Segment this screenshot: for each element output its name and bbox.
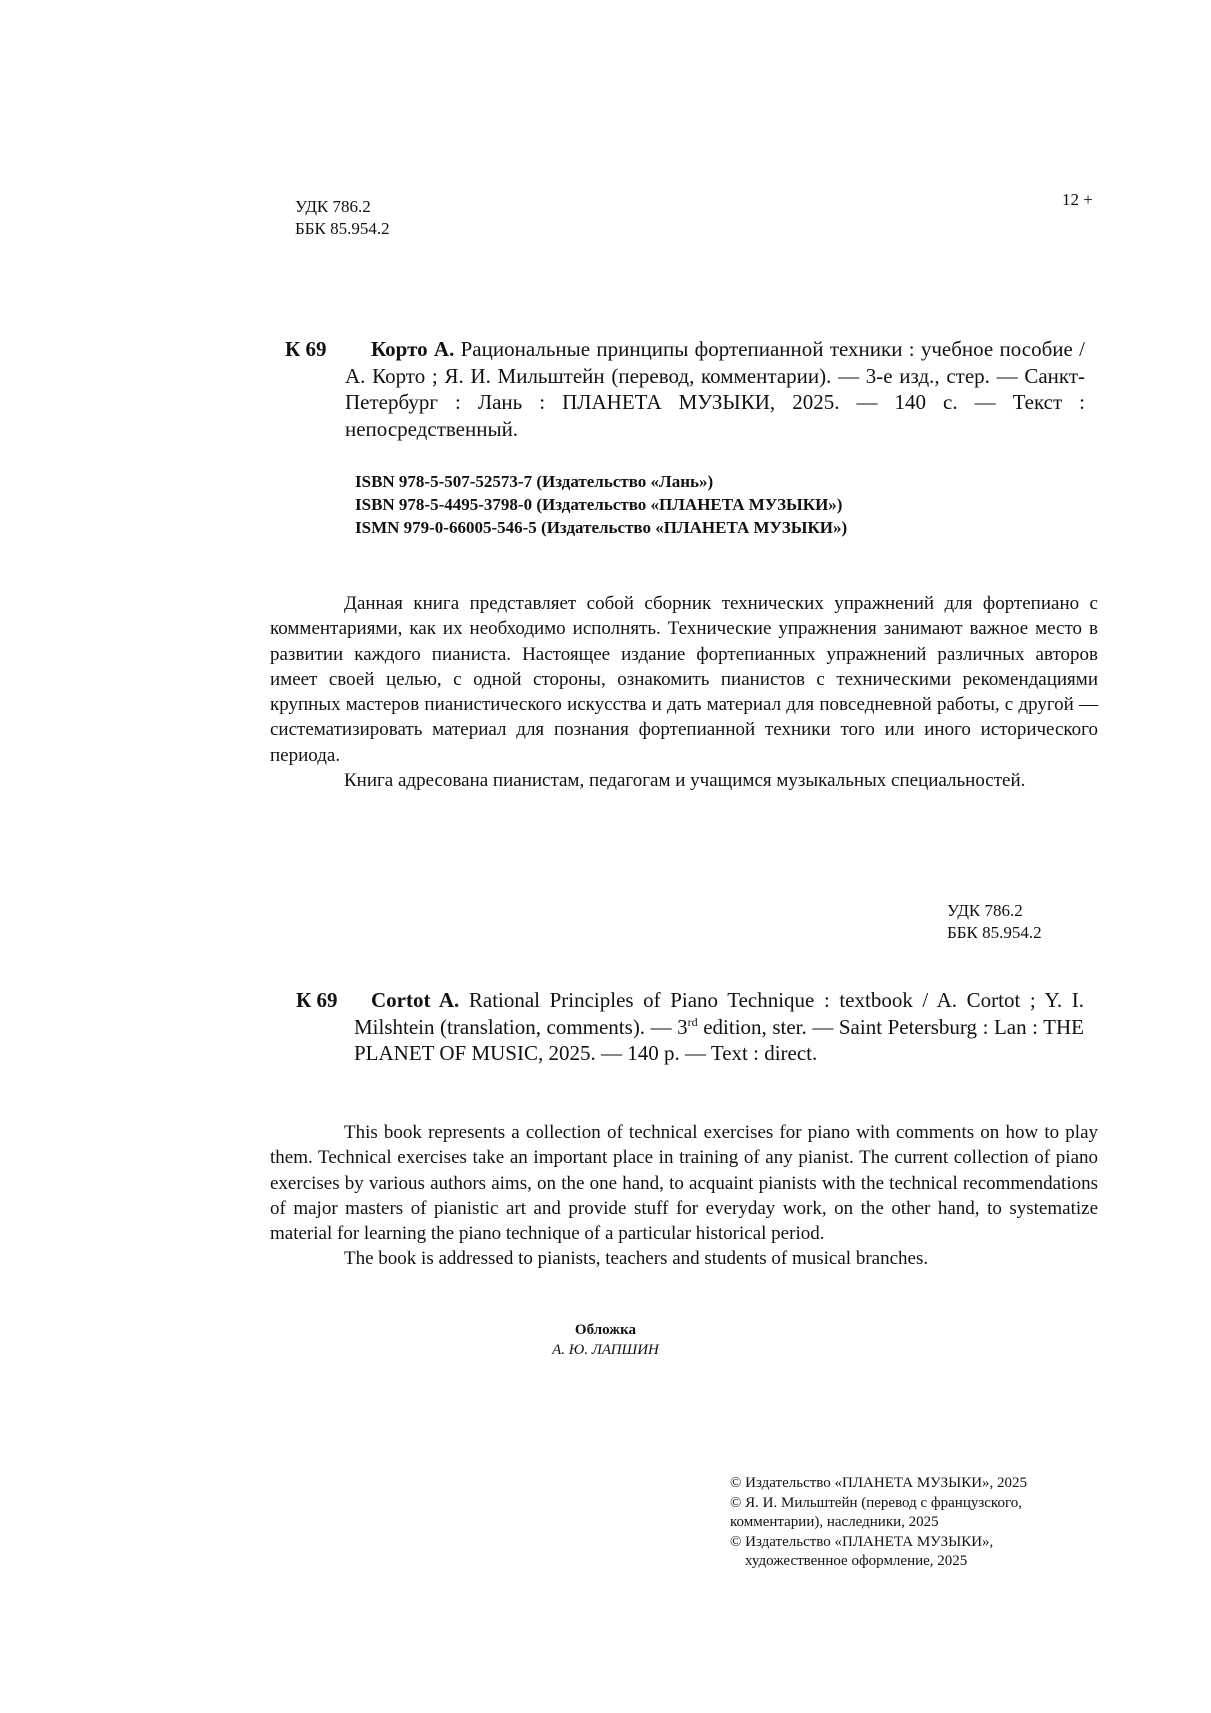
classification-codes-top: УДК 786.2 ББК 85.954.2 (295, 196, 390, 240)
annotation-paragraph: The book is addressed to pianists, teach… (270, 1246, 1098, 1271)
author-name: Корто А. (371, 337, 454, 361)
classification-codes-bottom: УДК 786.2 ББК 85.954.2 (947, 900, 1042, 944)
cover-label: Обложка (0, 1320, 1211, 1340)
annotation-paragraph: This book represents a collection of tec… (270, 1120, 1098, 1246)
isbn-lan: ISBN 978-5-507-52573-7 (Издательство «Ла… (355, 470, 847, 493)
author-mark: К 69 (285, 336, 326, 363)
bibliographic-entry-ru: К 69 Корто А. Рациональные принципы форт… (285, 336, 1085, 442)
annotation-paragraph: Данная книга представляет собой сборник … (270, 591, 1098, 768)
author-name: Cortot A. (371, 988, 459, 1012)
cover-designer: А. Ю. ЛАПШИН (0, 1340, 1211, 1360)
ordinal-suffix: rd (688, 1015, 698, 1029)
annotation-paragraph: Книга адресована пианистам, педагогам и … (270, 768, 1098, 793)
entry-body: Корто А. Рациональные принципы фортепиан… (345, 336, 1085, 442)
entry-body: Cortot A. Rational Principles of Piano T… (354, 987, 1084, 1067)
copyright-line: комментарии), наследники, 2025 (730, 1513, 1027, 1533)
bbk-code: ББК 85.954.2 (947, 922, 1042, 944)
isbn-planet: ISBN 978-5-4495-3798-0 (Издательство «ПЛ… (355, 493, 847, 516)
bbk-code: ББК 85.954.2 (295, 218, 390, 240)
copyright-block: © Издательство «ПЛАНЕТА МУЗЫКИ», 2025 © … (730, 1474, 1027, 1572)
cover-credit: Обложка А. Ю. ЛАПШИН (0, 1320, 1211, 1360)
ismn-planet: ISMN 979-0-66005-546-5 (Издательство «ПЛ… (355, 516, 847, 539)
copyright-line: © Издательство «ПЛАНЕТА МУЗЫКИ», (730, 1533, 1027, 1553)
identifiers-list: ISBN 978-5-507-52573-7 (Издательство «Ла… (355, 470, 847, 539)
age-rating: 12 + (1062, 190, 1093, 210)
udk-code: УДК 786.2 (947, 900, 1042, 922)
entry-text: Рациональные принципы фортепианной техни… (345, 337, 1085, 441)
udk-code: УДК 786.2 (295, 196, 390, 218)
bibliographic-entry-en: К 69 Cortot A. Rational Principles of Pi… (296, 987, 1084, 1067)
annotation-ru: Данная книга представляет собой сборник … (270, 591, 1098, 793)
copyright-line: © Издательство «ПЛАНЕТА МУЗЫКИ», 2025 (730, 1474, 1027, 1494)
copyright-line: © Я. И. Мильштейн (перевод с французског… (730, 1494, 1027, 1514)
copyright-line: художественное оформление, 2025 (730, 1552, 1027, 1572)
author-mark: К 69 (296, 987, 337, 1014)
annotation-en: This book represents a collection of tec… (270, 1120, 1098, 1272)
